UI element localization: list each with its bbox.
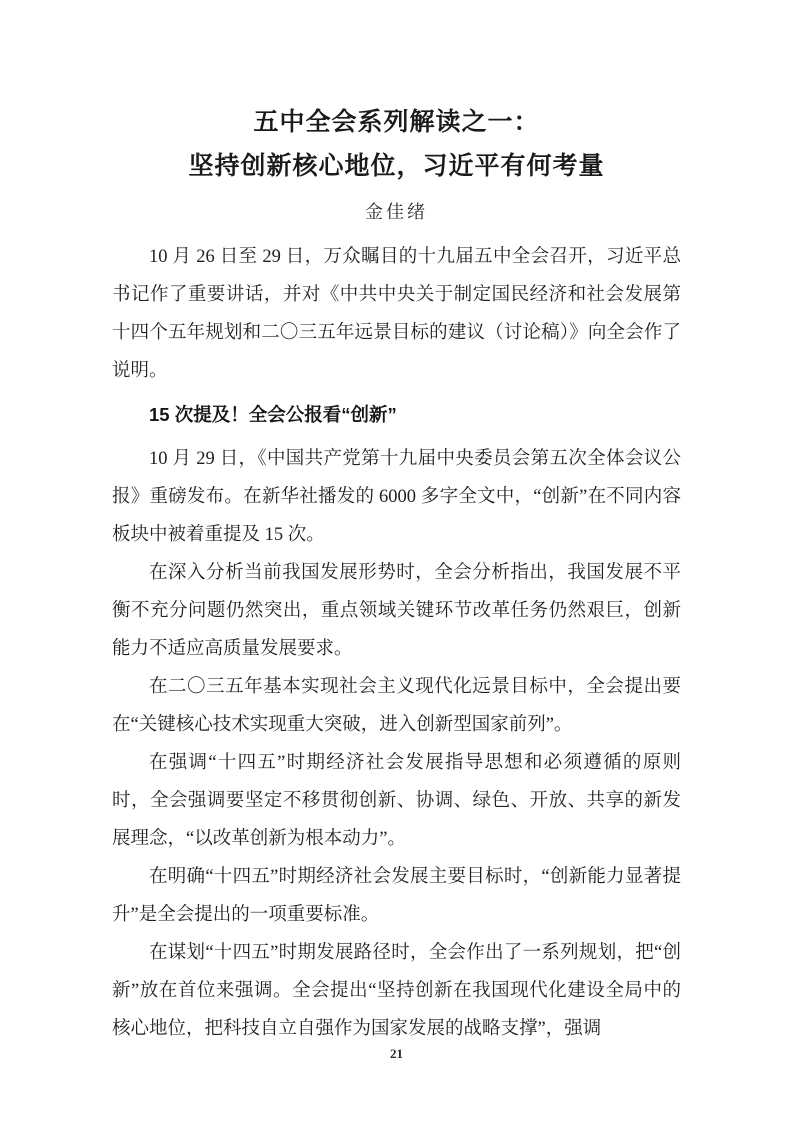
body-paragraph: 在强调“十四五”时期经济社会发展指导思想和必须遵循的原则时，全会强调要坚定不移贯…: [112, 744, 681, 858]
body-paragraph: 10 月 26 日至 29 日，万众瞩目的十九届五中全会召开，习近平总书记作了重…: [112, 238, 681, 390]
article-title-line-2: 坚持创新核心地位，习近平有何考量: [0, 144, 793, 188]
section-heading: 15 次提及！全会公报看“创新”: [112, 396, 681, 434]
body-paragraph: 10 月 29 日，《中国共产党第十九届中央委员会第五次全体会议公报》重磅发布。…: [112, 440, 681, 554]
body-paragraph: 在深入分析当前我国发展形势时，全会分析指出，我国发展不平衡不充分问题仍然突出，重…: [112, 554, 681, 668]
article-title: 五中全会系列解读之一： 坚持创新核心地位，习近平有何考量: [0, 100, 793, 188]
document-page: 五中全会系列解读之一： 坚持创新核心地位，习近平有何考量 金佳绪 10 月 26…: [0, 0, 793, 1122]
body-paragraph: 在二〇三五年基本实现社会主义现代化远景目标中，全会提出要在“关键核心技术实现重大…: [112, 668, 681, 744]
body-paragraph: 在明确“十四五”时期经济社会发展主要目标时，“创新能力显著提升”是全会提出的一项…: [112, 858, 681, 934]
article-title-line-1: 五中全会系列解读之一：: [0, 100, 793, 144]
article-body: 10 月 26 日至 29 日，万众瞩目的十九届五中全会召开，习近平总书记作了重…: [112, 238, 681, 1048]
page-number: 21: [0, 1046, 793, 1062]
body-paragraph: 在谋划“十四五”时期发展路径时，全会作出了一系列规划，把“创新”放在首位来强调。…: [112, 934, 681, 1048]
author-byline: 金佳绪: [0, 198, 793, 224]
